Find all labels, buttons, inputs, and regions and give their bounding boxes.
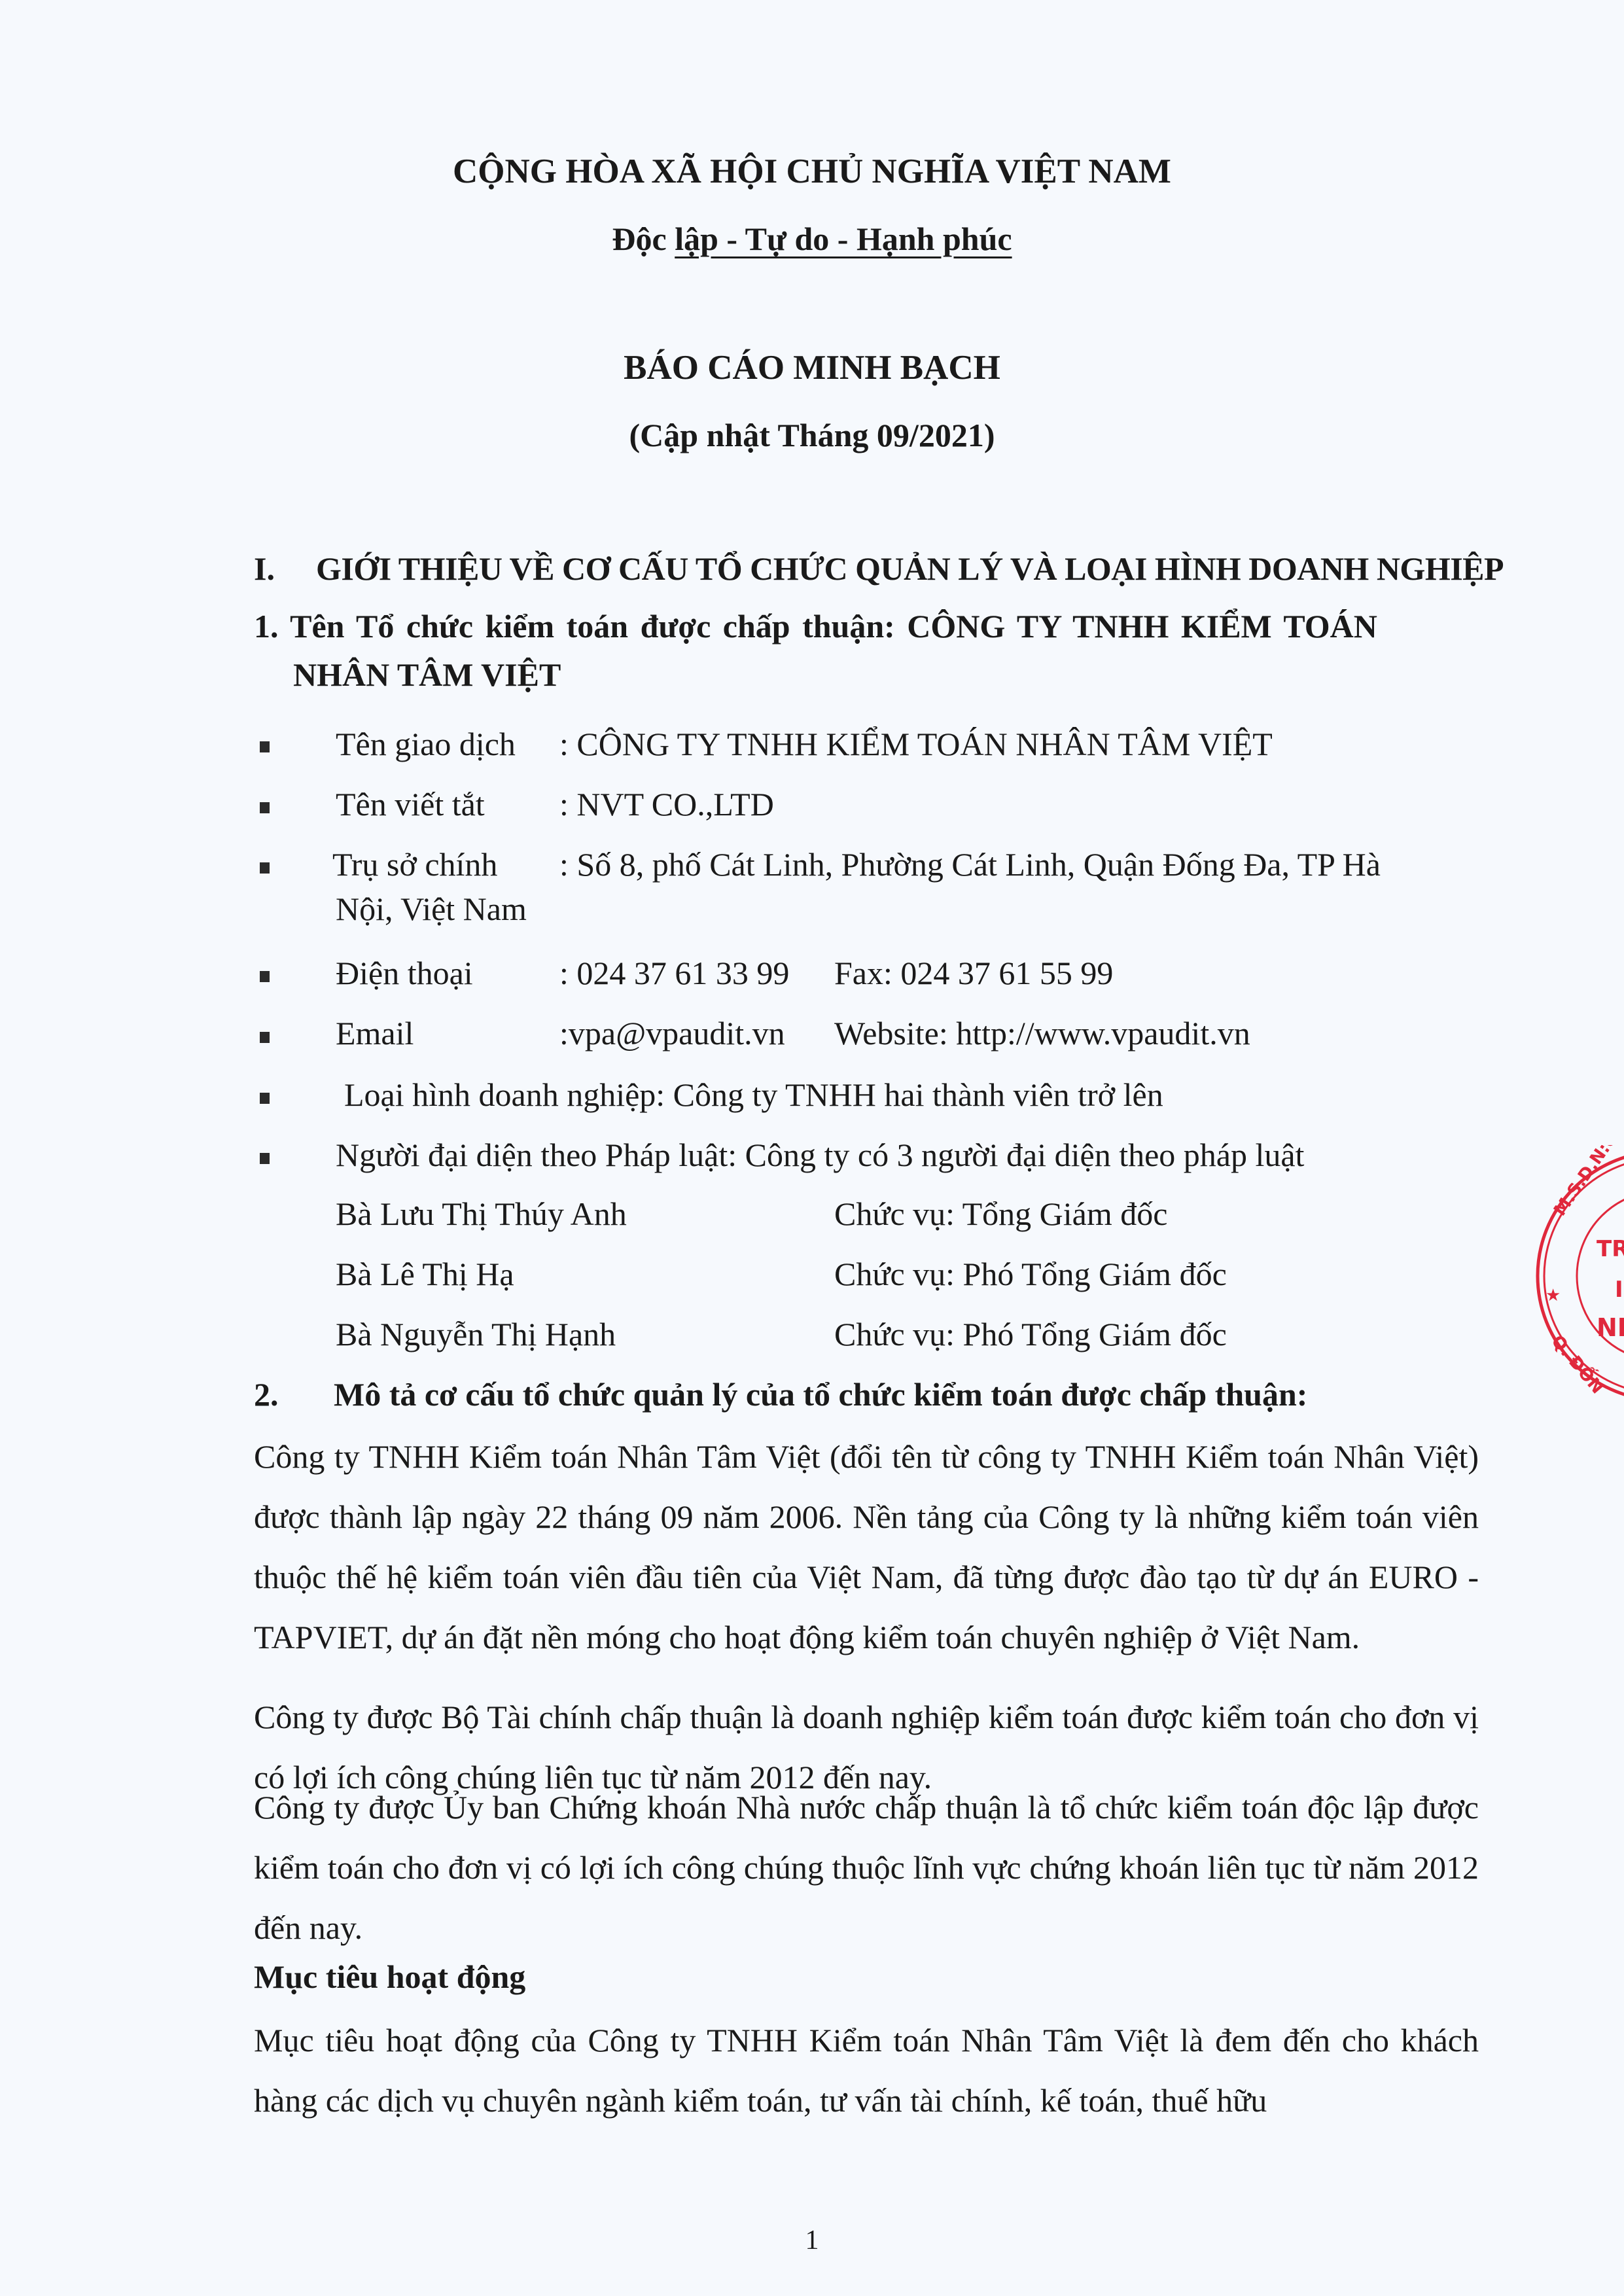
item-2-number: 2. [254, 1375, 279, 1413]
bullet-icon [260, 741, 270, 752]
representative-position: Chức vụ: Phó Tổng Giám đốc [834, 1255, 1227, 1293]
info-value: : CÔNG TY TNHH KIỂM TOÁN NHÂN TÂM VIỆT [559, 725, 1273, 763]
representative-name: Bà Lê Thị Hạ [336, 1255, 514, 1293]
representative-position: Chức vụ: Phó Tổng Giám đốc [834, 1315, 1227, 1353]
company-seal-stamp: M.S.D.N:01 ★ Q. ĐỐN TRÁ I NH [1531, 1145, 1624, 1407]
document-page: CỘNG HÒA XÃ HỘI CHỦ NGHĨA VIỆT NAM Độc l… [0, 0, 1624, 2296]
bullet-icon [260, 862, 270, 874]
svg-text:NH: NH [1597, 1313, 1624, 1342]
bullet-icon [260, 1032, 270, 1043]
info-label: Người đại diện theo Pháp luật: Công ty c… [336, 1136, 1304, 1174]
seal-icon: M.S.D.N:01 ★ Q. ĐỐN TRÁ I NH [1531, 1145, 1624, 1407]
info-label: Tên giao dịch [336, 725, 516, 763]
info-value: : NVT CO.,LTD [559, 785, 774, 823]
section-number: I. [254, 550, 275, 588]
bullet-icon [260, 802, 270, 813]
report-subtitle: (Cập nhật Tháng 09/2021) [0, 416, 1624, 454]
svg-text:M.S.D.N:01: M.S.D.N:01 [1550, 1145, 1624, 1220]
website-link[interactable]: Website: http://www.vpaudit.vn [834, 1014, 1250, 1052]
motto-underlined: lập - Tự do - Hạnh phúc [675, 221, 1012, 257]
item-1-title: 1. Tên Tổ chức kiểm toán được chấp thuận… [254, 607, 1377, 645]
report-title: BÁO CÁO MINH BẠCH [0, 348, 1624, 387]
email-link[interactable]: :vpa@vpaudit.vn [559, 1014, 785, 1052]
representative-name: Bà Lưu Thị Thúy Anh [336, 1195, 627, 1233]
info-label: Email [336, 1014, 414, 1052]
item-1-title-cont: NHÂN TÂM VIỆT [293, 656, 561, 694]
svg-text:★: ★ [1545, 1286, 1561, 1305]
national-title: CỘNG HÒA XÃ HỘI CHỦ NGHĨA VIỆT NAM [0, 152, 1624, 191]
info-label: Trụ sở chính [332, 845, 497, 883]
motto-prefix: Độc [612, 221, 675, 257]
info-value: : 024 37 61 33 99 [559, 954, 789, 992]
bullet-icon [260, 971, 270, 982]
info-value: : Số 8, phố Cát Linh, Phường Cát Linh, Q… [559, 845, 1381, 883]
national-motto: Độc lập - Tự do - Hạnh phúc [0, 220, 1624, 258]
representative-position: Chức vụ: Tổng Giám đốc [834, 1195, 1167, 1233]
info-value-cont: Nội, Việt Nam [336, 890, 527, 928]
info-label: Điện thoại [336, 954, 473, 992]
info-label: Tên viết tắt [336, 785, 485, 823]
page-number: 1 [0, 2225, 1624, 2256]
info-fax: Fax: 024 37 61 55 99 [834, 954, 1113, 992]
info-label: Loại hình doanh nghiệp: Công ty TNHH hai… [344, 1076, 1163, 1114]
svg-text:TRÁ: TRÁ [1597, 1235, 1624, 1262]
representative-name: Bà Nguyễn Thị Hạnh [336, 1315, 616, 1353]
objectives-paragraph: Mục tiêu hoạt động của Công ty TNHH Kiểm… [254, 2010, 1479, 2130]
item-2-title: Mô tả cơ cấu tổ chức quản lý của tổ chức… [334, 1375, 1307, 1413]
objectives-heading: Mục tiêu hoạt động [254, 1958, 525, 1996]
bullet-icon [260, 1153, 270, 1164]
paragraph-history: Công ty TNHH Kiểm toán Nhân Tâm Việt (đổ… [254, 1426, 1479, 1667]
bullet-icon [260, 1093, 270, 1104]
svg-text:I: I [1615, 1277, 1623, 1303]
paragraph-ssc-approval: Công ty được Ủy ban Chứng khoán Nhà nước… [254, 1777, 1479, 1958]
section-title: GIỚI THIỆU VỀ CƠ CẤU TỔ CHỨC QUẢN LÝ VÀ … [316, 550, 1504, 588]
